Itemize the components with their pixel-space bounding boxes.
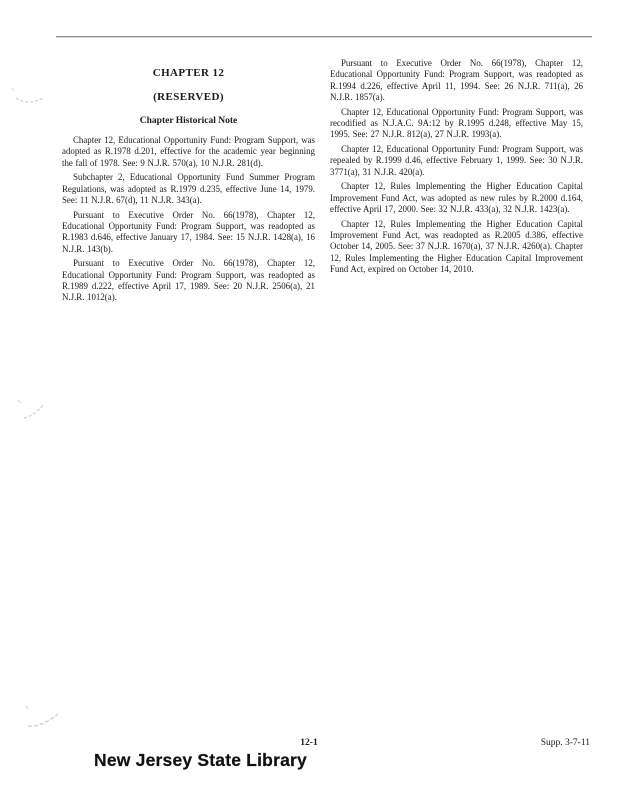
- paragraph: Subchapter 2, Educational Opportunity Fu…: [62, 172, 315, 206]
- paragraph: Chapter 12, Educational Opportunity Fund…: [330, 144, 583, 178]
- footer-page-number: 12-1: [0, 738, 618, 748]
- left-column-paragraphs: Chapter 12, Educational Opportunity Fund…: [62, 135, 315, 304]
- reserved-heading: (RESERVED): [62, 91, 315, 103]
- paragraph: Chapter 12, Educational Opportunity Fund…: [330, 107, 583, 141]
- paragraph: Pursuant to Executive Order No. 66(1978)…: [330, 58, 583, 103]
- page-footer: 12-1 Supp. 3-7-11: [0, 738, 618, 752]
- page-top-rule: [56, 36, 592, 37]
- paragraph: Chapter 12, Rules Implementing the Highe…: [330, 181, 583, 215]
- footer-supplement-label: Supp. 3-7-11: [541, 738, 590, 748]
- document-page: CHAPTER 12 (RESERVED) Chapter Historical…: [0, 0, 618, 800]
- historical-note-heading: Chapter Historical Note: [62, 116, 315, 126]
- paragraph: Chapter 12, Rules Implementing the Highe…: [330, 219, 583, 275]
- left-column: CHAPTER 12 (RESERVED) Chapter Historical…: [62, 62, 315, 307]
- paragraph: Pursuant to Executive Order No. 66(1978)…: [62, 258, 315, 303]
- pencil-margin-mark-icon: [20, 700, 68, 732]
- chapter-title: CHAPTER 12: [62, 67, 315, 79]
- pencil-margin-mark-icon: [12, 392, 56, 424]
- right-column: Pursuant to Executive Order No. 66(1978)…: [330, 58, 583, 279]
- paragraph: Pursuant to Executive Order No. 66(1978)…: [62, 210, 315, 255]
- paragraph: Chapter 12, Educational Opportunity Fund…: [62, 135, 315, 169]
- pencil-margin-mark-icon: [8, 84, 52, 112]
- right-column-paragraphs: Pursuant to Executive Order No. 66(1978)…: [330, 58, 583, 275]
- library-stamp: New Jersey State Library: [94, 750, 307, 771]
